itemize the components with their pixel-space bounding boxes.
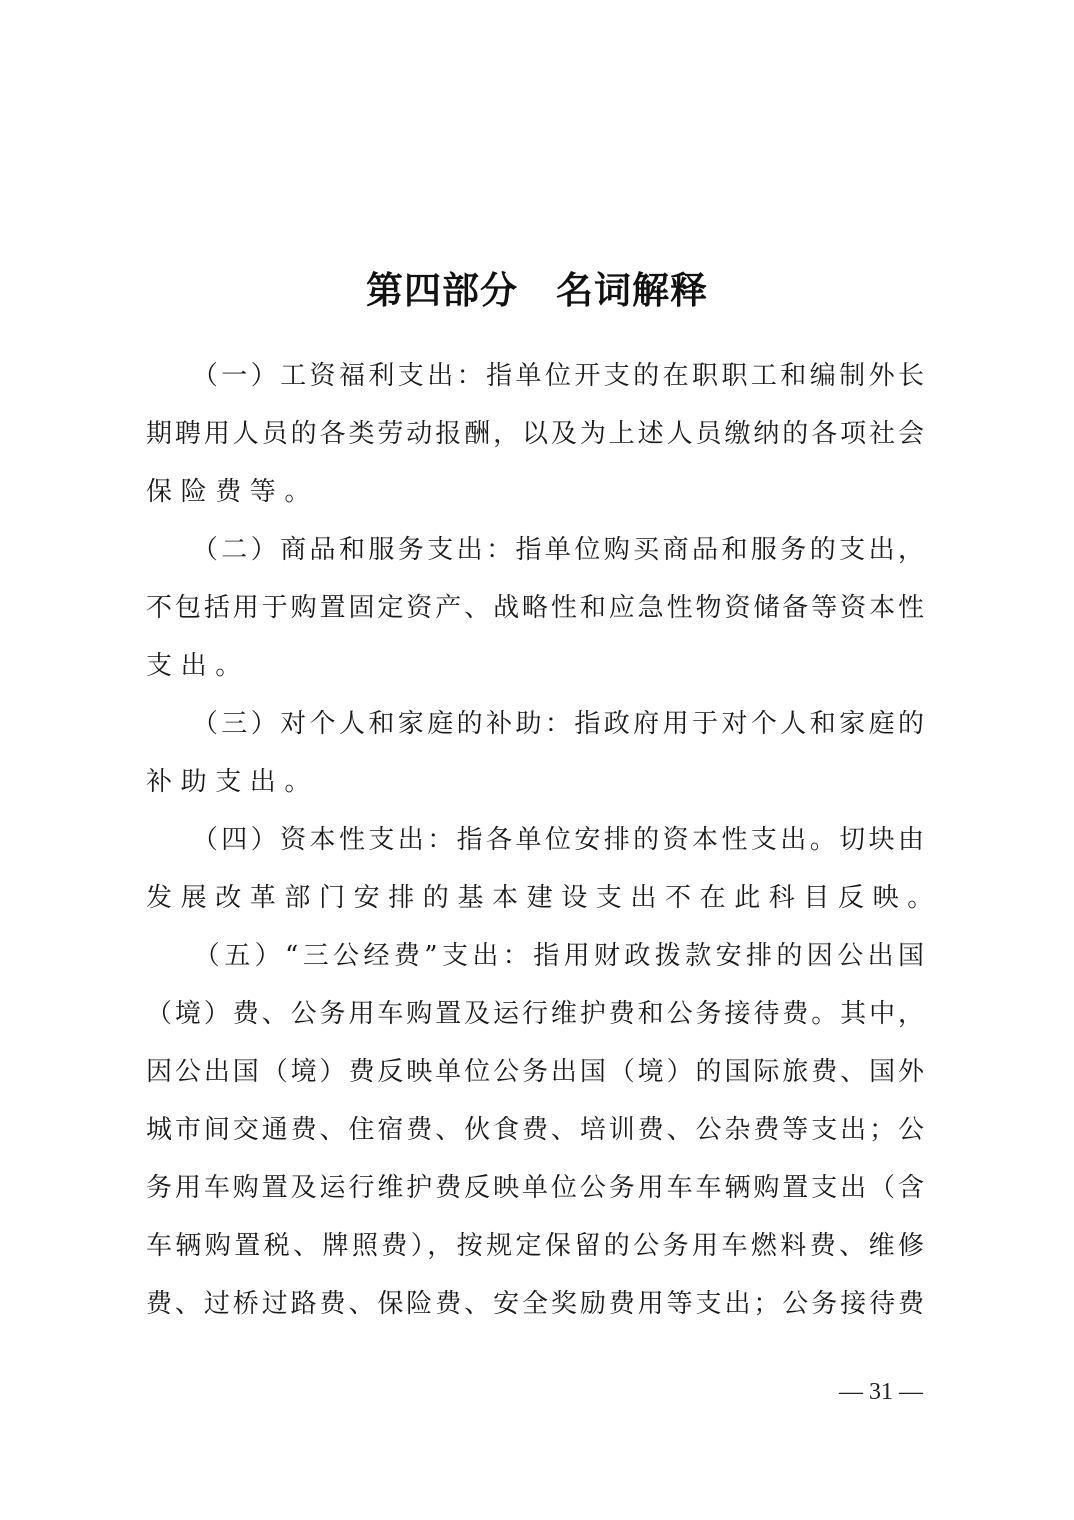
text-line: 补助支出。 [146,753,924,811]
paragraph-three-public-expenses: （五）“三公经费”支出：指用财政拨款安排的因公出国 （境）费、公务用车购置及运行… [146,927,924,1333]
paragraph-goods-services-expenditure: （二）商品和服务支出：指单位购买商品和服务的支出， 不包括用于购置固定资产、战略… [146,521,924,695]
paragraph-capital-expenditure: （四）资本性支出：指各单位安排的资本性支出。切块由 发展改革部门安排的基本建设支… [146,811,924,927]
text-line: （三）对个人和家庭的补助：指政府用于对个人和家庭的 [146,695,924,753]
body-text: （一）工资福利支出：指单位开支的在职职工和编制外长 期聘用人员的各类劳动报酬，以… [146,347,924,1333]
text-line: 不包括用于购置固定资产、战略性和应急性物资储备等资本性 [146,579,924,637]
text-line: （四）资本性支出：指各单位安排的资本性支出。切块由 [146,811,924,869]
text-line: 费、过桥过路费、保险费、安全奖励费用等支出；公务接待费 [146,1275,924,1333]
text-line: 城市间交通费、住宿费、伙食费、培训费、公杂费等支出；公 [146,1101,924,1159]
text-line: 保险费等。 [146,463,924,521]
text-line: （一）工资福利支出：指单位开支的在职职工和编制外长 [146,347,924,405]
text-line: （境）费、公务用车购置及运行维护费和公务接待费。其中， [146,985,924,1043]
text-line: 务用车购置及运行维护费反映单位公务用车车辆购置支出（含 [146,1159,924,1217]
paragraph-wage-welfare-expenditure: （一）工资福利支出：指单位开支的在职职工和编制外长 期聘用人员的各类劳动报酬，以… [146,347,924,521]
text-line: 期聘用人员的各类劳动报酬，以及为上述人员缴纳的各项社会 [146,405,924,463]
text-line: （二）商品和服务支出：指单位购买商品和服务的支出， [146,521,924,579]
text-line: 车辆购置税、牌照费），按规定保留的公务用车燃料费、维修 [146,1217,924,1275]
page-title: 第四部分 名词解释 [0,263,1074,319]
paragraph-individual-household-subsidy: （三）对个人和家庭的补助：指政府用于对个人和家庭的 补助支出。 [146,695,924,811]
text-line: 支出。 [146,637,924,695]
text-line: （五）“三公经费”支出：指用财政拨款安排的因公出国 [146,927,924,985]
text-line: 发展改革部门安排的基本建设支出不在此科目反映。 [146,869,924,927]
text-line: 因公出国（境）费反映单位公务出国（境）的国际旅费、国外 [146,1043,924,1101]
page-number: — 31 — [826,1376,936,1408]
